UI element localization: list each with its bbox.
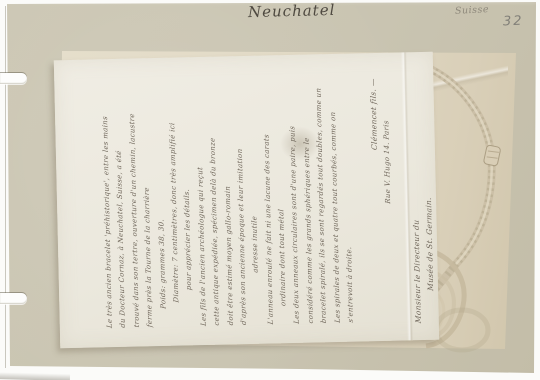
inscription-country: Suisse <box>455 4 490 17</box>
handwritten-letter: Le très ancien bracelet 'préhistorique',… <box>54 52 439 349</box>
letter-handwriting: Le très ancien bracelet 'préhistorique',… <box>92 61 438 339</box>
binding-slot-top <box>0 73 27 84</box>
binding-slot-bottom <box>0 293 27 304</box>
bottom-left-scan-shadow <box>0 372 70 380</box>
inscription-place: Neuchatel <box>248 1 336 21</box>
scanned-album-page: Le très ancien bracelet 'préhistorique',… <box>0 0 540 380</box>
card-left-edge-line <box>5 6 6 368</box>
inscription-catalog-number: 32 <box>503 14 524 30</box>
